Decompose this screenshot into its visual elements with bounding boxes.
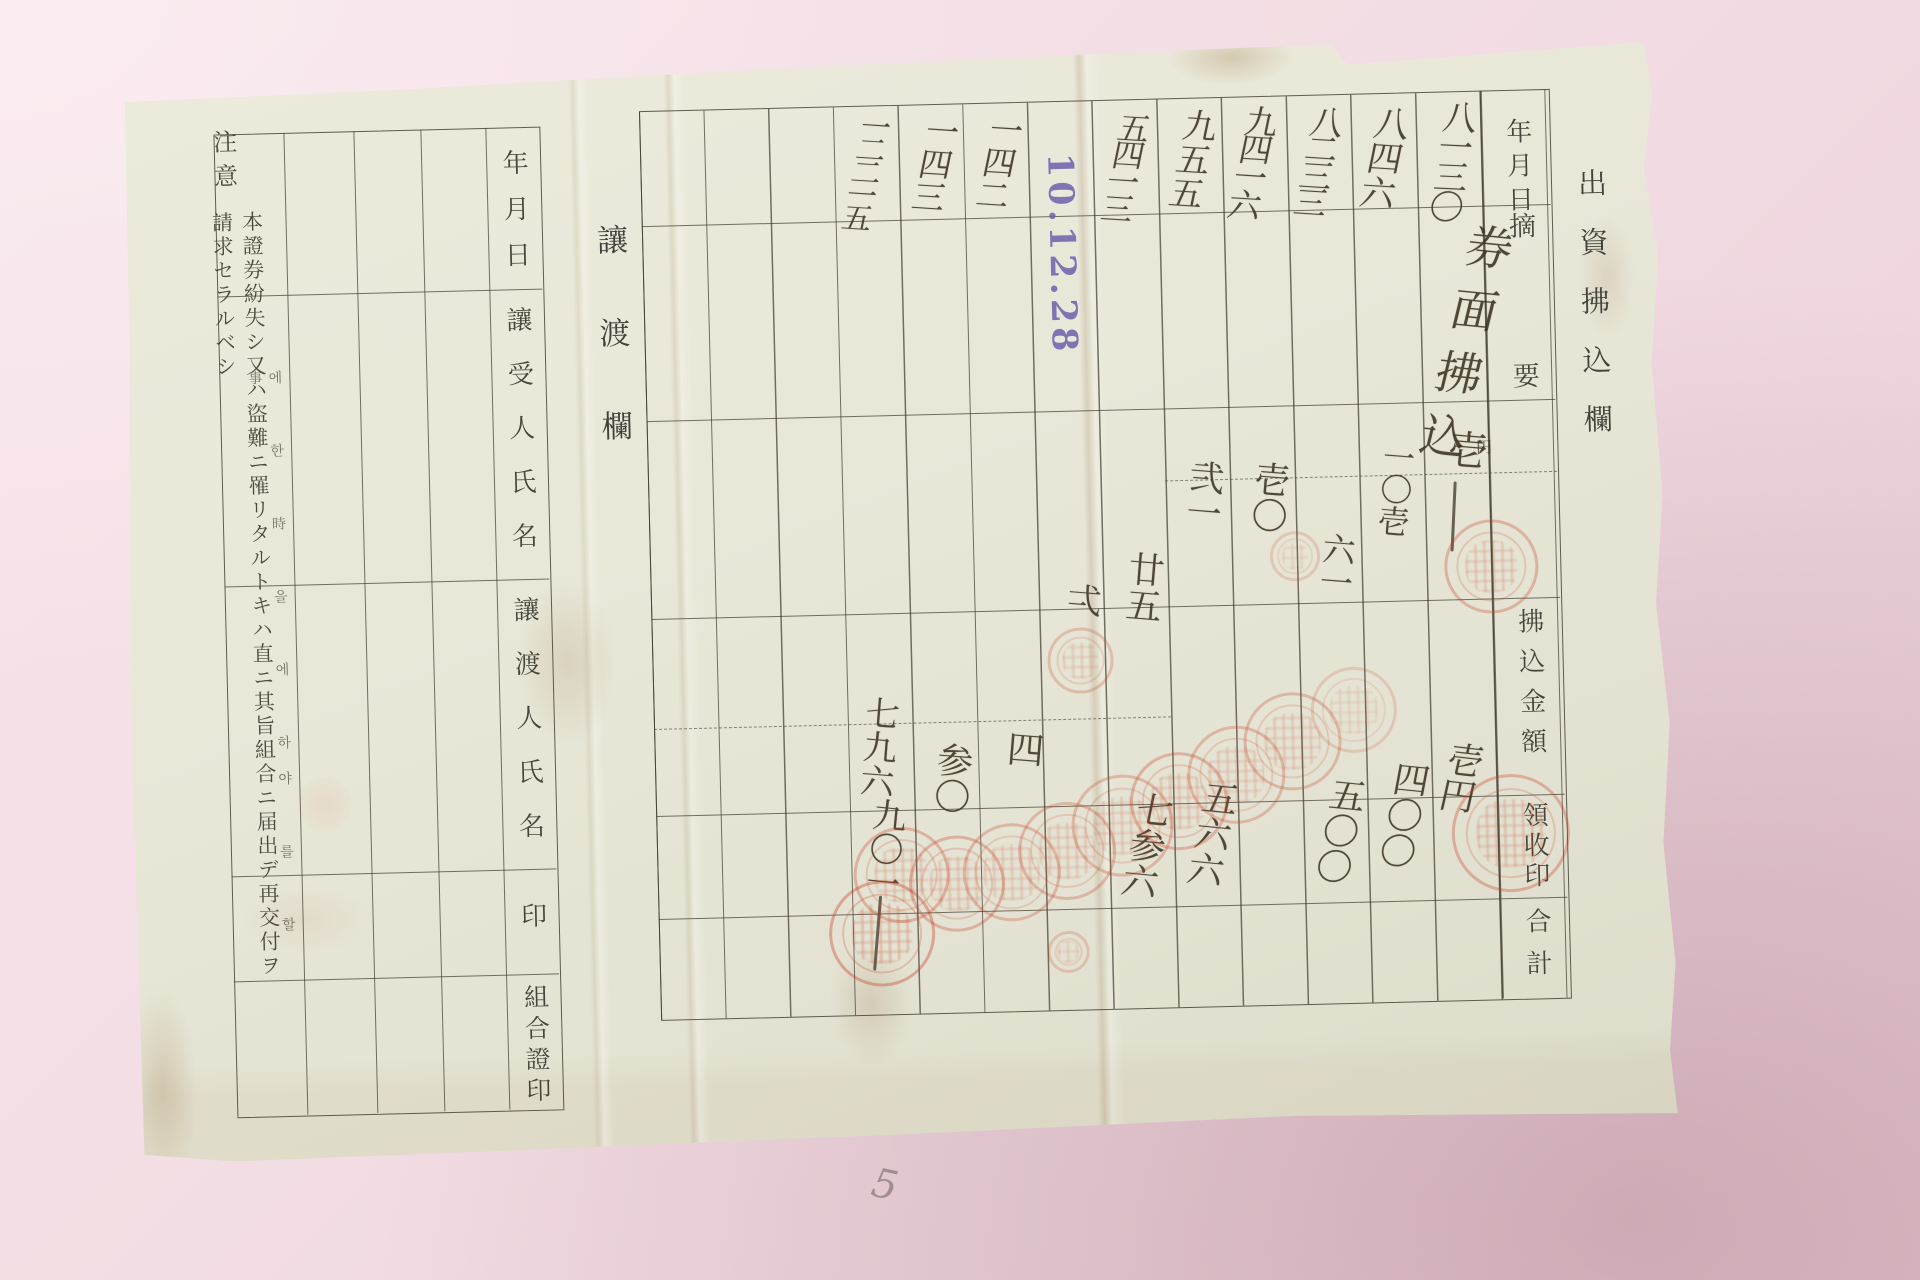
transfer-header-transferee: 讓受人氏名: [499, 306, 543, 577]
payment-header-date: 年月日: [1498, 117, 1537, 220]
document-paper: 注意 本證券紛失シ又ハ盜難ニ罹リタルトキハ直ニ其旨組合ニ届出デ再交付ヲ請求セラル…: [115, 36, 1681, 1163]
transfer-header-seal: 印: [513, 902, 551, 929]
entry-amount: 弐一: [1175, 458, 1230, 532]
backdrop-squiggle: 5: [867, 1160, 901, 1210]
date-stamp: 10.12.28: [1039, 152, 1085, 355]
entry-amount: 七九六: [848, 694, 905, 800]
photo-backdrop: 注意 本證券紛失シ又ハ盜難ニ罹リタルトキハ直ニ其旨組合ニ届出デ再交付ヲ請求セラル…: [0, 0, 1920, 1280]
entry-amount: 一〇壱: [1368, 439, 1422, 538]
entry-amount-unit: 円: [1470, 438, 1493, 455]
entry-amount: 四: [992, 728, 1049, 769]
transfer-section-title: 讓渡欄: [587, 223, 639, 503]
transfer-header-transferor: 讓渡人氏名: [506, 596, 550, 867]
transfer-header-union-seal: 組合證印: [515, 984, 554, 1109]
payment-header-amount: 拂込金額: [1510, 607, 1551, 768]
payment-header-total: 合計: [1518, 907, 1557, 992]
entry-amount: 廿五: [1115, 549, 1172, 625]
payment-section-title: 出資拂込欄: [1570, 167, 1618, 463]
entry-amount: 弌: [1055, 581, 1107, 619]
transfer-header-date: 年月日: [495, 149, 535, 288]
entry-amount: 参〇: [924, 740, 981, 816]
entry-amount: 壱〇: [1241, 459, 1298, 535]
payment-header-summary-bottom: 要: [1504, 361, 1544, 389]
